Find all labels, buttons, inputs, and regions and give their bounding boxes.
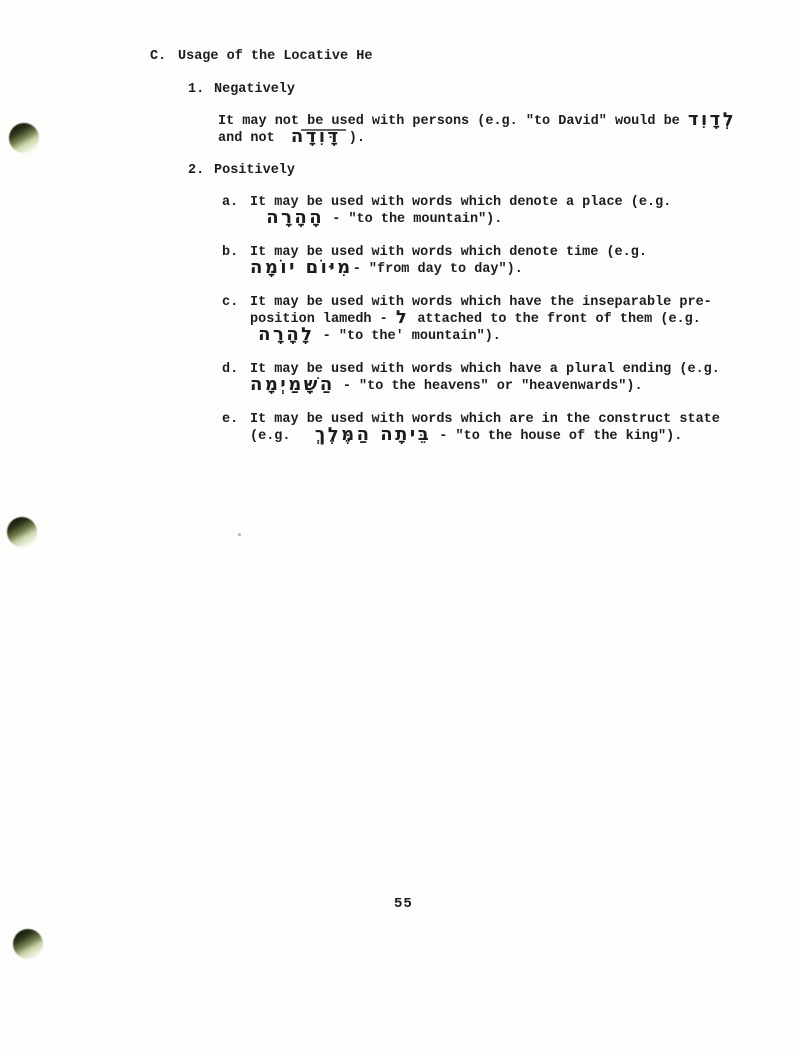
text-run: and not: [218, 131, 291, 146]
section-heading: 2.Positively: [188, 162, 770, 179]
text-run: It may not be used with persons (e.g. "t…: [218, 114, 688, 129]
text-run: It may be used with words which have the…: [250, 295, 712, 310]
hebrew-text: מִיּוֹם יוֹמָה: [250, 262, 353, 273]
hebrew-text: הַשָּׁמַיְמָה: [250, 379, 335, 390]
text-run: Positively: [214, 163, 295, 178]
hebrew-text: הָהָרָה: [266, 212, 324, 223]
text-run: ).: [341, 131, 365, 146]
hebrew-text: ל: [396, 312, 409, 323]
hebrew-text: דָּוִדָה: [291, 131, 341, 142]
item-list: a.It may be used with words which denote…: [222, 194, 770, 445]
page-number: 55: [394, 896, 413, 912]
section-heading: 1.Negatively: [188, 81, 770, 98]
item-label: b.: [222, 244, 250, 278]
section-label: 2.: [188, 162, 214, 179]
text-line: הַשָּׁמַיְמָה - "to the heavens" or "hea…: [250, 378, 720, 395]
doc-item-c: c.It may be used with words which have t…: [222, 294, 770, 345]
text-run: - "to the mountain").: [324, 212, 502, 227]
text-line: It may be used with words which have the…: [250, 294, 712, 311]
text-line: מִיּוֹם יוֹמָה- "from day to day").: [250, 261, 647, 278]
item-label: c.: [222, 294, 250, 345]
text-line: position lamedh - ל attached to the fron…: [250, 311, 712, 328]
doc-heading: C.Usage of the Locative He: [150, 48, 770, 65]
text-run: [250, 212, 266, 227]
text-run: - "from day to day").: [353, 262, 523, 277]
item-label: e.: [222, 411, 250, 445]
section-title: Negatively: [214, 81, 295, 98]
hole-punch-middle: [7, 517, 37, 547]
document-body: C.Usage of the Locative He1.NegativelyIt…: [150, 48, 770, 461]
section-title: Positively: [214, 162, 295, 179]
text-run: - "to the heavens" or "heavenwards").: [335, 379, 643, 394]
text-line: (e.g. בֵּיתָה הַמֶּלֶךְ - "to the house …: [250, 428, 720, 445]
typewriter-underline-artifact: [301, 129, 346, 131]
hole-punch-top: [9, 123, 39, 153]
text-run: attached to the front of them (e.g.: [409, 312, 701, 327]
text-run: (e.g.: [250, 429, 315, 444]
section-label: 1.: [188, 81, 214, 98]
hebrew-text: לָהָרָה: [258, 329, 314, 340]
text-line: הָהָרָה - "to the mountain").: [250, 211, 671, 228]
text-line: and not דָּוִדָה ).: [218, 130, 770, 147]
doc-item-a: a.It may be used with words which denote…: [222, 194, 770, 228]
section-1: 1.NegativelyIt may not be used with pers…: [188, 81, 770, 147]
section-2: 2.Positivelya.It may be used with words …: [188, 162, 770, 445]
item-text: It may be used with words which have the…: [250, 294, 712, 345]
item-text: It may be used with words which denote a…: [250, 194, 671, 228]
scan-speck: [238, 533, 241, 536]
text-run: - "to the house of the king").: [431, 429, 682, 444]
doc-item-b: b.It may be used with words which denote…: [222, 244, 770, 278]
hebrew-text: בֵּיתָה הַמֶּלֶךְ: [315, 429, 431, 440]
text-run: Negatively: [214, 82, 295, 97]
heading-label: C.: [150, 48, 178, 65]
hole-punch-bottom: [13, 929, 43, 959]
text-run: Usage of the Locative He: [178, 49, 372, 64]
item-text: It may be used with words which are in t…: [250, 411, 720, 445]
text-run: - "to the' mountain").: [315, 329, 501, 344]
item-text: It may be used with words which have a p…: [250, 361, 720, 395]
item-label: d.: [222, 361, 250, 395]
text-run: [250, 329, 258, 344]
item-label: a.: [222, 194, 250, 228]
item-text: It may be used with words which denote t…: [250, 244, 647, 278]
hebrew-text: לְדָוִד: [688, 114, 736, 125]
doc-item-e: e.It may be used with words which are in…: [222, 411, 770, 445]
doc-item-d: d.It may be used with words which have a…: [222, 361, 770, 395]
heading-title: Usage of the Locative He: [178, 48, 372, 65]
scanned-page: C.Usage of the Locative He1.NegativelyIt…: [0, 0, 800, 1050]
text-line: לָהָרָה - "to the' mountain").: [250, 328, 712, 345]
